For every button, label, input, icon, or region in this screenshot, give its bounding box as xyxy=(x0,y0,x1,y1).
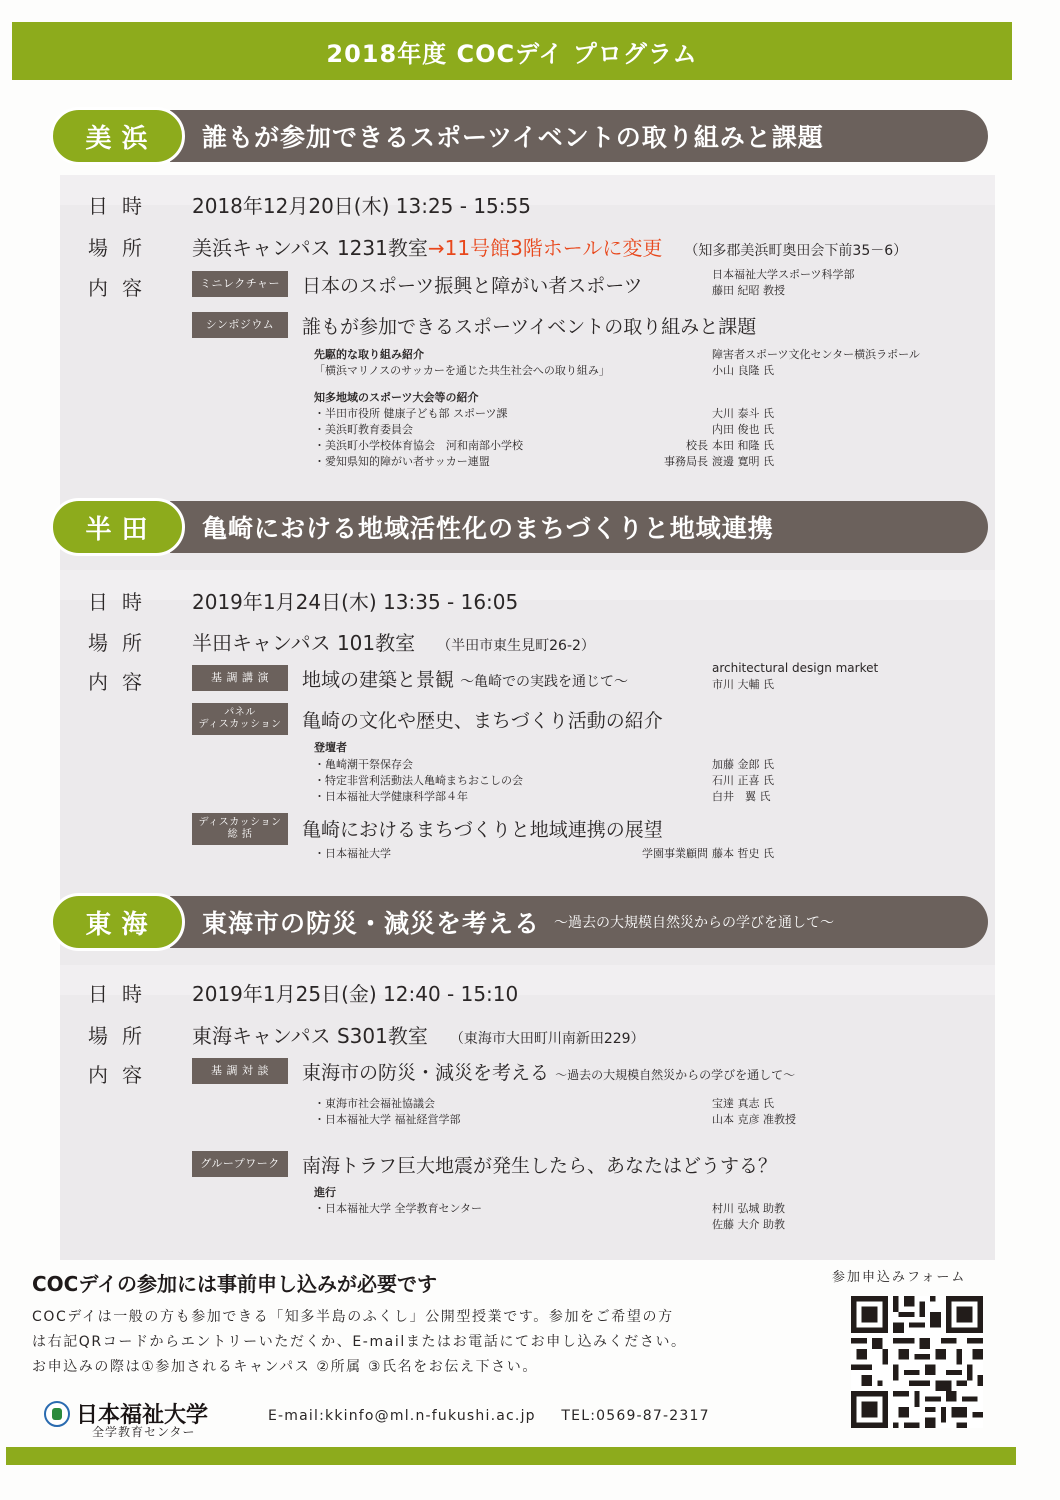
group-heading: 知多地域のスポーツ大会等の紹介 xyxy=(314,390,479,405)
speaker-affiliation: 障害者スポーツ文化センター横浜ラポール xyxy=(712,347,920,362)
session-tag: ディスカッション総 括 xyxy=(192,813,288,845)
place-label: 場所 xyxy=(88,232,156,261)
org-name: ・美浜町小学校体育協会 河和南部小学校 xyxy=(314,438,523,453)
session-tag: ミニレクチャー xyxy=(192,271,288,297)
session-title: 南海トラフ巨大地震が発生したら、あなたはどうする？ xyxy=(302,1151,777,1178)
section-header-mihama: 誰もが参加できるスポーツイベントの取り組みと課題 美浜 xyxy=(50,107,988,165)
session-tag: 基 調 対 談 xyxy=(192,1058,288,1084)
section-title-bar: 東海市の防災・減災を考える ～過去の大規模自然災からの学びを通して～ xyxy=(170,896,988,948)
datetime-value: 2018年12月20日(木) 13:25 - 15:55 xyxy=(192,190,531,219)
section-subtitle: ～過去の大規模自然災からの学びを通して～ xyxy=(554,912,834,932)
email-link[interactable]: E-mail:kkinfo@ml.n-fukushi.ac.jp xyxy=(268,1408,536,1424)
program-title: 2018年度 COCデイ プログラム xyxy=(326,34,697,69)
speaker-name: 市川 大輔 氏 xyxy=(712,677,774,692)
place-label: 場所 xyxy=(88,627,156,656)
session-tag: シンポジウム xyxy=(192,312,288,338)
group-heading: 進行 xyxy=(314,1185,336,1200)
address: （半田市東生見町26-2） xyxy=(437,638,595,654)
group-heading: 先駆的な取り組み紹介 xyxy=(314,347,424,362)
section-title-bar: 亀崎における地域活性化のまちづくりと地域連携 xyxy=(170,501,988,553)
session-title: 東海市の防災・減災を考える ～過去の大規模自然災からの学びを通して～ xyxy=(302,1058,795,1085)
speaker-name: 加藤 金郎 氏 xyxy=(712,757,774,772)
campus-badge: 美浜 xyxy=(50,107,185,165)
group-heading: 登壇者 xyxy=(314,740,347,755)
speaker-name: 内田 俊也 氏 xyxy=(712,422,774,437)
speaker-name: 小山 良隆 氏 xyxy=(712,363,774,378)
campus-badge: 半田 xyxy=(50,498,185,556)
content-label: 内容 xyxy=(88,272,156,301)
speaker-affiliation: architectural design market xyxy=(712,661,878,676)
org-name: ・日本福祉大学 福祉経営学部 xyxy=(314,1112,461,1127)
org-name: ・特定非営利活動法人亀崎まちおこしの会 xyxy=(314,773,523,788)
program-title-banner: 2018年度 COCデイ プログラム xyxy=(12,22,1012,80)
speaker-role: 学園事業顧問 xyxy=(600,846,708,861)
address: （東海市大田町川南新田229） xyxy=(450,1031,645,1047)
org-name: ・半田市役所 健康子ども部 スポーツ課 xyxy=(314,406,508,421)
speaker-name: 本田 和隆 氏 xyxy=(712,438,774,453)
place-value: 美浜キャンパス 1231教室→11号館3階ホールに変更（知多郡美浜町奥田会下前3… xyxy=(192,232,907,261)
speaker-name: 佐藤 大介 助教 xyxy=(712,1217,785,1232)
datetime-label: 日時 xyxy=(88,586,156,615)
qr-code-icon[interactable] xyxy=(851,1296,983,1428)
campus-badge: 東海 xyxy=(50,893,185,951)
speaker-name: 藤本 哲史 氏 xyxy=(712,846,774,861)
speaker-name: 藤田 紀昭 教授 xyxy=(712,283,785,298)
place-value: 半田キャンパス 101教室（半田市東生見町26-2） xyxy=(192,627,595,656)
speaker-name: 大川 泰斗 氏 xyxy=(712,406,774,421)
datetime-value: 2019年1月24日(木) 13:35 - 16:05 xyxy=(192,586,518,615)
session-title: 亀崎の文化や歴史、まちづくり活動の紹介 xyxy=(302,706,663,733)
content-label: 内容 xyxy=(88,666,156,695)
phone-number: TEL:0569-87-2317 xyxy=(561,1408,709,1424)
speaker-name: 石川 正喜 氏 xyxy=(712,773,774,788)
session-title: 地域の建築と景観 ～亀崎での実践を通じて～ xyxy=(302,665,628,692)
contact-info: E-mail:kkinfo@ml.n-fukushi.ac.jp TEL:056… xyxy=(268,1408,710,1424)
org-name: ・日本福祉大学 全学教育センター xyxy=(314,1201,482,1216)
registration-text-line: は右記QRコードからエントリーいただくか、E-mailまたはお電話にてお申し込み… xyxy=(32,1331,687,1351)
speaker-role: 校長 xyxy=(640,438,708,453)
session-tag: 基 調 講 演 xyxy=(192,665,288,691)
org-name: ・日本福祉大学 xyxy=(314,846,391,861)
section-title: 東海市の防災・減災を考える xyxy=(202,904,540,940)
datetime-label: 日時 xyxy=(88,978,156,1007)
org-name: ・美浜町教育委員会 xyxy=(314,422,413,437)
place-label: 場所 xyxy=(88,1020,156,1049)
section-header-handa: 亀崎における地域活性化のまちづくりと地域連携 半田 xyxy=(50,498,988,556)
speaker-name: 宝達 真志 氏 xyxy=(712,1096,774,1111)
section-title: 誰もが参加できるスポーツイベントの取り組みと課題 xyxy=(202,118,824,154)
bottom-accent-bar xyxy=(6,1447,1016,1465)
place-change-notice: →11号館3階ホールに変更 xyxy=(428,236,663,260)
session-title: 亀崎におけるまちづくりと地域連携の展望 xyxy=(302,815,663,842)
speaker-role: 事務局長 xyxy=(620,454,708,469)
speaker-name: 白井 翼 氏 xyxy=(712,789,771,804)
section-title-bar: 誰もが参加できるスポーツイベントの取り組みと課題 xyxy=(170,110,988,162)
speaker-name: 渡邊 寛明 氏 xyxy=(712,454,774,469)
session-title: 誰もが参加できるスポーツイベントの取り組みと課題 xyxy=(302,312,756,339)
section-title: 亀崎における地域活性化のまちづくりと地域連携 xyxy=(202,509,774,545)
address: （知多郡美浜町奥田会下前35－6） xyxy=(684,243,907,259)
speaker-name: 山本 克彦 准教授 xyxy=(712,1112,796,1127)
department-name: 全学教育センター xyxy=(92,1423,196,1440)
registration-notice-title: COCデイの参加には事前申し込みが必要です xyxy=(32,1268,437,1297)
speaker-name: 村川 弘城 助教 xyxy=(712,1201,785,1216)
session-title: 日本のスポーツ振興と障がい者スポーツ xyxy=(302,271,642,298)
qr-label: 参加申込みフォーム xyxy=(832,1266,966,1285)
registration-text-line: COCデイは一般の方も参加できる「知多半島のふくし」公開型授業です。参加をご希望… xyxy=(32,1306,674,1326)
datetime-label: 日時 xyxy=(88,190,156,219)
university-emblem-icon xyxy=(44,1401,70,1427)
content-label: 内容 xyxy=(88,1059,156,1088)
datetime-value: 2019年1月25日(金) 12:40 - 15:10 xyxy=(192,978,518,1007)
place-value: 東海キャンパス S301教室（東海市大田町川南新田229） xyxy=(192,1020,645,1049)
org-name: ・日本福祉大学健康科学部４年 xyxy=(314,789,468,804)
session-tag: パネルディスカッション xyxy=(192,703,288,735)
session-tag: グループワーク xyxy=(192,1151,288,1177)
registration-text-line: お申込みの際は①参加されるキャンパス ②所属 ③氏名をお伝え下さい。 xyxy=(32,1356,538,1376)
org-name: ・亀崎潮干祭保存会 xyxy=(314,757,413,772)
presentation-title: 「横浜マリノスのサッカーを通じた共生社会への取り組み」 xyxy=(314,363,610,378)
org-name: ・東海市社会福祉協議会 xyxy=(314,1096,435,1111)
org-name: ・愛知県知的障がい者サッカー連盟 xyxy=(314,454,490,469)
speaker-affiliation: 日本福祉大学スポーツ科学部 xyxy=(712,267,855,282)
section-header-tokai: 東海市の防災・減災を考える ～過去の大規模自然災からの学びを通して～ 東海 xyxy=(50,893,988,951)
